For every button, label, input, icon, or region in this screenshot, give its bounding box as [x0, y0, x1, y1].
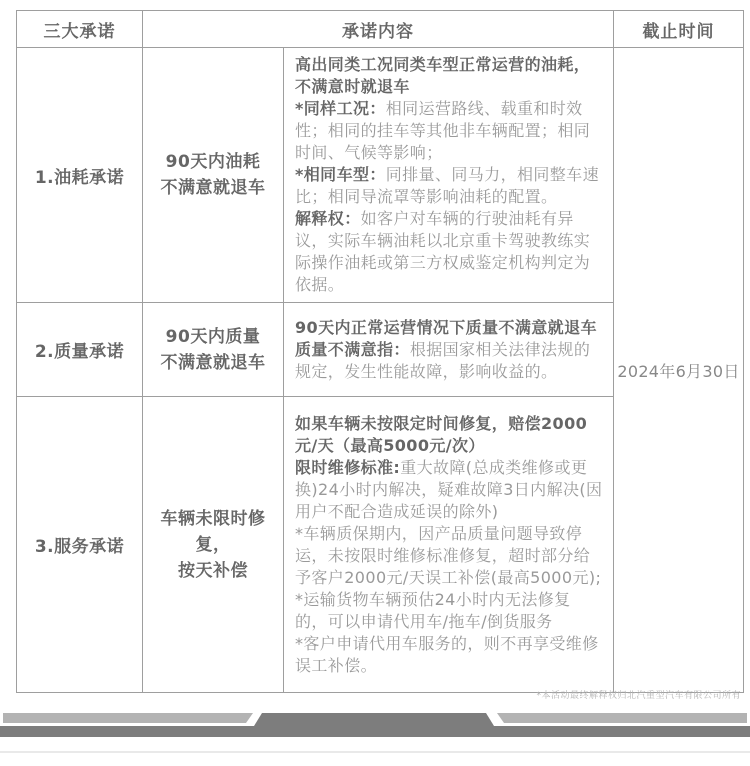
- promise-summary-quality: 90天内质量 不满意就退车: [143, 303, 284, 397]
- promise-details-quality: 90天内正常运营情况下质量不满意就退车 质量不满意指：根据国家相关法律法规的规定…: [284, 303, 614, 397]
- road-decoration: [0, 713, 750, 737]
- promise-details-service: 如果车辆未按限定时间修复，赔偿2000元/天（最高5000元/次） 限时维修标准…: [284, 397, 614, 693]
- disclaimer-note: *本活动最终解释权归北汽重型汽车有限公司所有: [536, 688, 741, 701]
- road-bar-dark-bottom: [0, 726, 750, 737]
- header-promises: 三大承诺: [17, 11, 143, 48]
- table-header-row: 三大承诺 承诺内容 截止时间: [17, 11, 744, 48]
- table-row-fuel: 1.油耗承诺 90天内油耗 不满意就退车 高出同类工况同类车型正常运营的油耗，不…: [17, 48, 744, 303]
- bottom-divider: [0, 751, 750, 753]
- promise-category-quality: 2.质量承诺: [17, 303, 143, 397]
- promise-category-service: 3.服务承诺: [17, 397, 143, 693]
- road-bar-dark-center: [254, 713, 494, 726]
- road-bar-light-right: [497, 713, 747, 723]
- promise-summary-fuel: 90天内油耗 不满意就退车: [143, 48, 284, 303]
- header-deadline: 截止时间: [614, 11, 744, 48]
- road-bar-light-left: [3, 713, 253, 723]
- header-content: 承诺内容: [143, 11, 614, 48]
- promise-details-fuel: 高出同类工况同类车型正常运营的油耗，不满意时就退车 *同样工况：相同运营路线、载…: [284, 48, 614, 303]
- promise-table: 三大承诺 承诺内容 截止时间 1.油耗承诺 90天内油耗 不满意就退车 高出同类…: [16, 10, 744, 693]
- promise-summary-service: 车辆未限时修复， 按天补偿: [143, 397, 284, 693]
- promise-category-fuel: 1.油耗承诺: [17, 48, 143, 303]
- page: 三大承诺 承诺内容 截止时间 1.油耗承诺 90天内油耗 不满意就退车 高出同类…: [0, 0, 750, 766]
- deadline-value: 2024年6月30日: [614, 48, 744, 693]
